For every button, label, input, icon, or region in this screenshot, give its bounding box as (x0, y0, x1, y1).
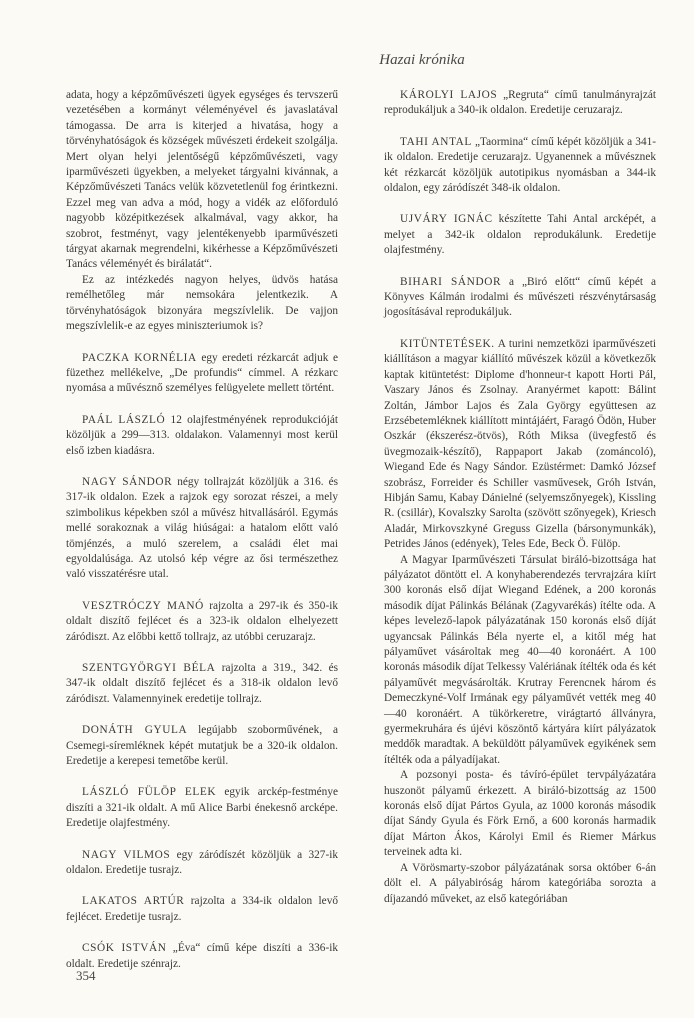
paragraph: adata, hogy a képzőművészeti ügyek egysé… (66, 88, 338, 273)
paragraph: A pozsonyi posta- és távíró-épület tervp… (384, 768, 656, 860)
artist-name: PAÁL LÁSZLÓ (82, 414, 165, 426)
artist-name: NAGY VILMOS (82, 849, 170, 861)
notice-paragraph: SZENTGYÖRGYI BÉLA rajzolta a 319., 342. … (66, 661, 338, 707)
notice-paragraph: NAGY SÁNDOR négy tollrajzát közöljük a 3… (66, 475, 338, 583)
left-column: adata, hogy a képzőművészeti ügyek egysé… (66, 88, 338, 972)
notice-paragraph: LAKATOS ARTÚR rajzolta a 334-ik oldalon … (66, 894, 338, 925)
artist-name: SZENTGYÖRGYI BÉLA (82, 662, 215, 674)
artist-name: UJVÁRY IGNÁC (400, 213, 493, 225)
artist-name: TAHI ANTAL (400, 136, 472, 148)
notice-paragraph: PACZKA KORNÉLIA egy eredeti rézkarcát ad… (66, 351, 338, 397)
notice-paragraph: KÁROLYI LAJOS „Regruta“ című tanulmányra… (384, 88, 656, 119)
artist-name: CSÓK ISTVÁN (82, 942, 166, 954)
awards-paragraph: KITÜNTETÉSEK. A turini nemzetközi iparmű… (384, 337, 656, 553)
notice-paragraph: CSÓK ISTVÁN „Éva“ című képe diszíti a 33… (66, 941, 338, 972)
artist-name: LAKATOS ARTÚR (82, 895, 184, 907)
paragraph: A Vörösmarty-szobor pályázatának sorsa o… (384, 861, 656, 907)
paragraph: Ez az intézkedés nagyon helyes, üdvös ha… (66, 273, 338, 335)
paragraph-text: A Magyar Iparművészeti Társulat biráló-b… (384, 554, 656, 766)
document-page: Hazai krónika adata, hogy a képzőművésze… (0, 0, 694, 1018)
paragraph-text: A pozsonyi posta- és távíró-épület tervp… (384, 769, 656, 858)
paragraph-text: A Vörösmarty-szobor pályázatának sorsa o… (384, 862, 656, 905)
notice-paragraph: LÁSZLÓ FÜLÖP ELEK egyik arckép-festménye… (66, 785, 338, 831)
section-heading: KITÜNTETÉSEK. (400, 338, 495, 350)
right-column: KÁROLYI LAJOS „Regruta“ című tanulmányra… (384, 88, 656, 907)
paragraph-text: A turini nemzetközi iparművészeti kiállí… (384, 338, 656, 550)
paragraph: A Magyar Iparművészeti Társulat biráló-b… (384, 553, 656, 769)
artist-name: BIHARI SÁNDOR (400, 276, 501, 288)
notice-paragraph: DONÁTH GYULA legújabb szoborművének, a C… (66, 723, 338, 769)
notice-paragraph: PAÁL LÁSZLÓ 12 olajfestményének reproduk… (66, 413, 338, 459)
running-head: Hazai krónika (0, 52, 694, 69)
artist-name: PACZKA KORNÉLIA (82, 352, 197, 364)
notice-paragraph: NAGY VILMOS egy záródíszét közöljük a 32… (66, 848, 338, 879)
notice-paragraph: TAHI ANTAL „Taormina“ című képét közöljü… (384, 135, 656, 197)
artist-name: NAGY SÁNDOR (82, 476, 172, 488)
paragraph-text: adata, hogy a képzőművészeti ügyek egysé… (66, 89, 338, 270)
artist-name: DONÁTH GYULA (82, 724, 187, 736)
notice-paragraph: BIHARI SÁNDOR a „Biró előtt“ című képét … (384, 275, 656, 321)
notice-paragraph: VESZTRÓCZY MANÓ rajzolta a 297-ik és 350… (66, 599, 338, 645)
artist-name: KÁROLYI LAJOS (400, 89, 497, 101)
paragraph-text: Ez az intézkedés nagyon helyes, üdvös ha… (66, 274, 338, 332)
notice-paragraph: UJVÁRY IGNÁC készítette Tahi Antal arcké… (384, 212, 656, 258)
artist-name: LÁSZLÓ FÜLÖP ELEK (82, 786, 216, 798)
paragraph-text: négy tollrajzát közöljük a 316. és 317-i… (66, 476, 338, 580)
artist-name: VESZTRÓCZY MANÓ (82, 600, 204, 612)
page-number: 354 (76, 968, 96, 984)
